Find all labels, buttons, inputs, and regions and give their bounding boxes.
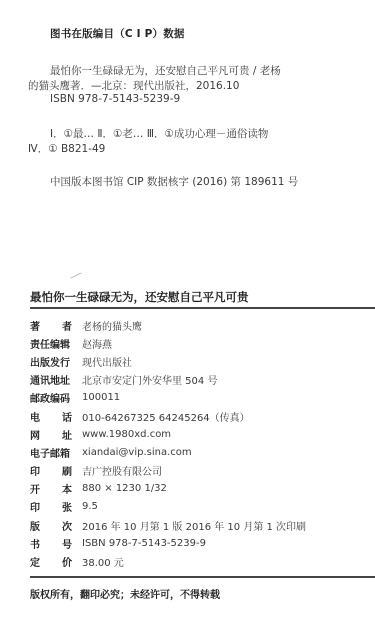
- detail-row-author: 著者 老杨的猫头鹰: [30, 316, 306, 334]
- copyright-notice: 版权所有，翻印必究；未经许可，不得转载: [30, 586, 220, 601]
- detail-row-phone: 电话 010-64267325 64245264（传真）: [30, 407, 306, 425]
- detail-value: 赵海燕: [82, 336, 112, 351]
- detail-value: 38.00 元: [82, 554, 124, 569]
- detail-value: xiandai@vip.sina.com: [82, 447, 192, 458]
- cip-line-isbn: ISBN 978-7-5143-5239-9: [50, 93, 180, 105]
- detail-value: 100011: [82, 392, 120, 403]
- divider-bottom: [30, 576, 375, 578]
- detail-value: 9.5: [82, 501, 98, 512]
- detail-row-sheets: 印张 9.5: [30, 498, 306, 516]
- detail-row-email: 电子邮箱 xiandai@vip.sina.com: [30, 443, 306, 461]
- book-title: 最怕你一生碌碌无为，还安慰自己平凡可贵: [30, 289, 249, 305]
- cip-line-class-number: Ⅳ．① B821-49: [28, 141, 105, 156]
- detail-value: www.1980xd.com: [82, 429, 171, 440]
- detail-row-edition: 版次 2016 年 10 月第 1 版 2016 年 10 月第 1 次印刷: [30, 516, 306, 534]
- cip-line-publisher: 的猫头鹰著．—北京：现代出版社，2016.10: [28, 78, 239, 93]
- detail-value: ISBN 978-7-5143-5239-9: [82, 538, 206, 549]
- cip-line-record-number: 中国版本图书馆 CIP 数据核字 (2016) 第 189611 号: [50, 174, 298, 189]
- detail-row-editor: 责任编辑 赵海燕: [30, 334, 306, 352]
- detail-row-website: 网址 www.1980xd.com: [30, 425, 306, 443]
- cip-line-title: 最怕你一生碌碌无为，还安慰自己平凡可贵 / 老杨: [50, 63, 281, 78]
- cip-heading: 图书在版编目（C I P）数据: [50, 26, 185, 41]
- cip-line-classification: Ⅰ．①最… Ⅱ．①老… Ⅲ．①成功心理－通俗读物: [50, 126, 268, 141]
- detail-value: 880 × 1230 1/32: [82, 483, 167, 494]
- detail-value: 现代出版社: [82, 354, 132, 369]
- divider-top: [30, 307, 375, 309]
- detail-row-price: 定价 38.00 元: [30, 552, 306, 570]
- detail-row-isbn: 书号 ISBN 978-7-5143-5239-9: [30, 534, 306, 552]
- detail-row-format: 开本 880 × 1230 1/32: [30, 480, 306, 498]
- detail-row-address: 通讯地址 北京市安定门外安华里 504 号: [30, 371, 306, 389]
- detail-value: 北京市安定门外安华里 504 号: [82, 372, 217, 387]
- detail-row-postcode: 邮政编码 100011: [30, 389, 306, 407]
- detail-row-publisher: 出版发行 现代出版社: [30, 352, 306, 370]
- detail-value: 010-64267325 64245264（传真）: [82, 409, 250, 424]
- scan-mark: [70, 273, 81, 279]
- detail-value: 吉广控股有限公司: [82, 463, 162, 478]
- detail-value: 老杨的猫头鹰: [82, 318, 142, 333]
- publication-details: 著者 老杨的猫头鹰 责任编辑 赵海燕 出版发行 现代出版社 通讯地址 北京市安定…: [30, 316, 306, 571]
- detail-row-printer: 印刷 吉广控股有限公司: [30, 462, 306, 480]
- detail-value: 2016 年 10 月第 1 版 2016 年 10 月第 1 次印刷: [82, 518, 306, 533]
